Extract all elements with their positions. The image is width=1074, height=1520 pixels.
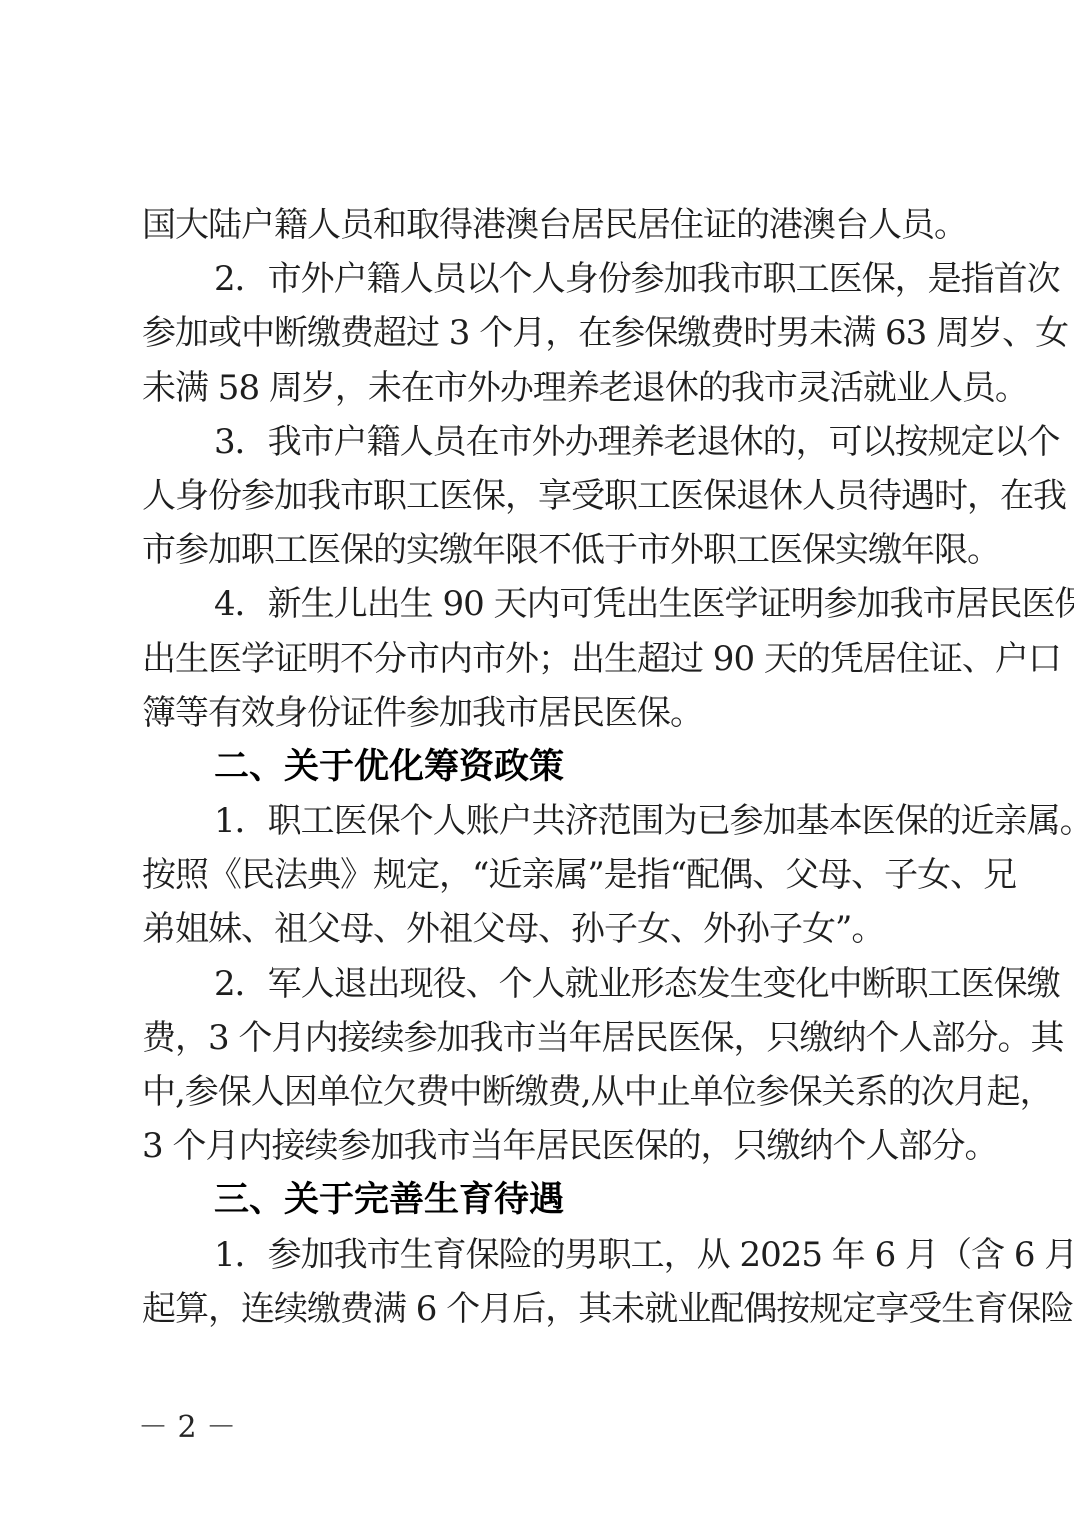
body-text-line: 按照《民法典》规定，“近亲属”是指“配偶、父母、子女、兄 bbox=[142, 848, 938, 902]
document-page: 国大陆户籍人员和取得港澳台居民居住证的港澳台人员。2．市外户籍人员以个人身份参加… bbox=[0, 0, 1074, 1520]
body-text-line: 人身份参加我市职工医保，享受职工医保退休人员待遇时，在我 bbox=[142, 469, 938, 523]
body-text-line: 参加或中断缴费超过 3 个月，在参保缴费时男未满 63 周岁、女 bbox=[142, 306, 938, 360]
body-text-line: 费，3 个月内接续参加我市当年居民医保，只缴纳个人部分。其 bbox=[142, 1011, 938, 1065]
body-text-line: 弟姐妹、祖父母、外祖父母、孙子女、外孙子女”。 bbox=[142, 902, 938, 956]
body-text-line: 3．我市户籍人员在市外办理养老退休的，可以按规定以个 bbox=[142, 415, 938, 469]
body-text-line: 起算，连续缴费满 6 个月后，其未就业配偶按规定享受生育保险 bbox=[142, 1282, 938, 1336]
body-text-line: 国大陆户籍人员和取得港澳台居民居住证的港澳台人员。 bbox=[142, 198, 938, 252]
page-footer: － 2 － bbox=[138, 1406, 236, 1450]
body-text-line: 2．军人退出现役、个人就业形态发生变化中断职工医保缴 bbox=[142, 957, 938, 1011]
body-text-line: 簿等有效身份证件参加我市居民医保。 bbox=[142, 686, 938, 740]
section-heading: 二、关于优化筹资政策 bbox=[142, 740, 938, 794]
body-text-line: 未满 58 周岁，未在市外办理养老退休的我市灵活就业人员。 bbox=[142, 361, 938, 415]
body-text-line: 2．市外户籍人员以个人身份参加我市职工医保，是指首次 bbox=[142, 252, 938, 306]
document-body: 国大陆户籍人员和取得港澳台居民居住证的港澳台人员。2．市外户籍人员以个人身份参加… bbox=[142, 198, 938, 1336]
body-text-line: 市参加职工医保的实缴年限不低于市外职工医保实缴年限。 bbox=[142, 523, 938, 577]
body-text-line: 出生医学证明不分市内市外；出生超过 90 天的凭居住证、户口 bbox=[142, 632, 938, 686]
body-text-line: 中,参保人因单位欠费中断缴费,从中止单位参保关系的次月起， bbox=[142, 1065, 938, 1119]
section-heading: 三、关于完善生育待遇 bbox=[142, 1173, 938, 1227]
body-text-line: 3 个月内接续参加我市当年居民医保的，只缴纳个人部分。 bbox=[142, 1119, 938, 1173]
body-text-line: 1．参加我市生育保险的男职工，从 2025 年 6 月（含 6 月） bbox=[142, 1228, 938, 1282]
page-number: － 2 － bbox=[138, 1410, 236, 1445]
body-text-line: 4．新生儿出生 90 天内可凭出生医学证明参加我市居民医保， bbox=[142, 577, 938, 631]
body-text-line: 1．职工医保个人账户共济范围为已参加基本医保的近亲属。 bbox=[142, 794, 938, 848]
